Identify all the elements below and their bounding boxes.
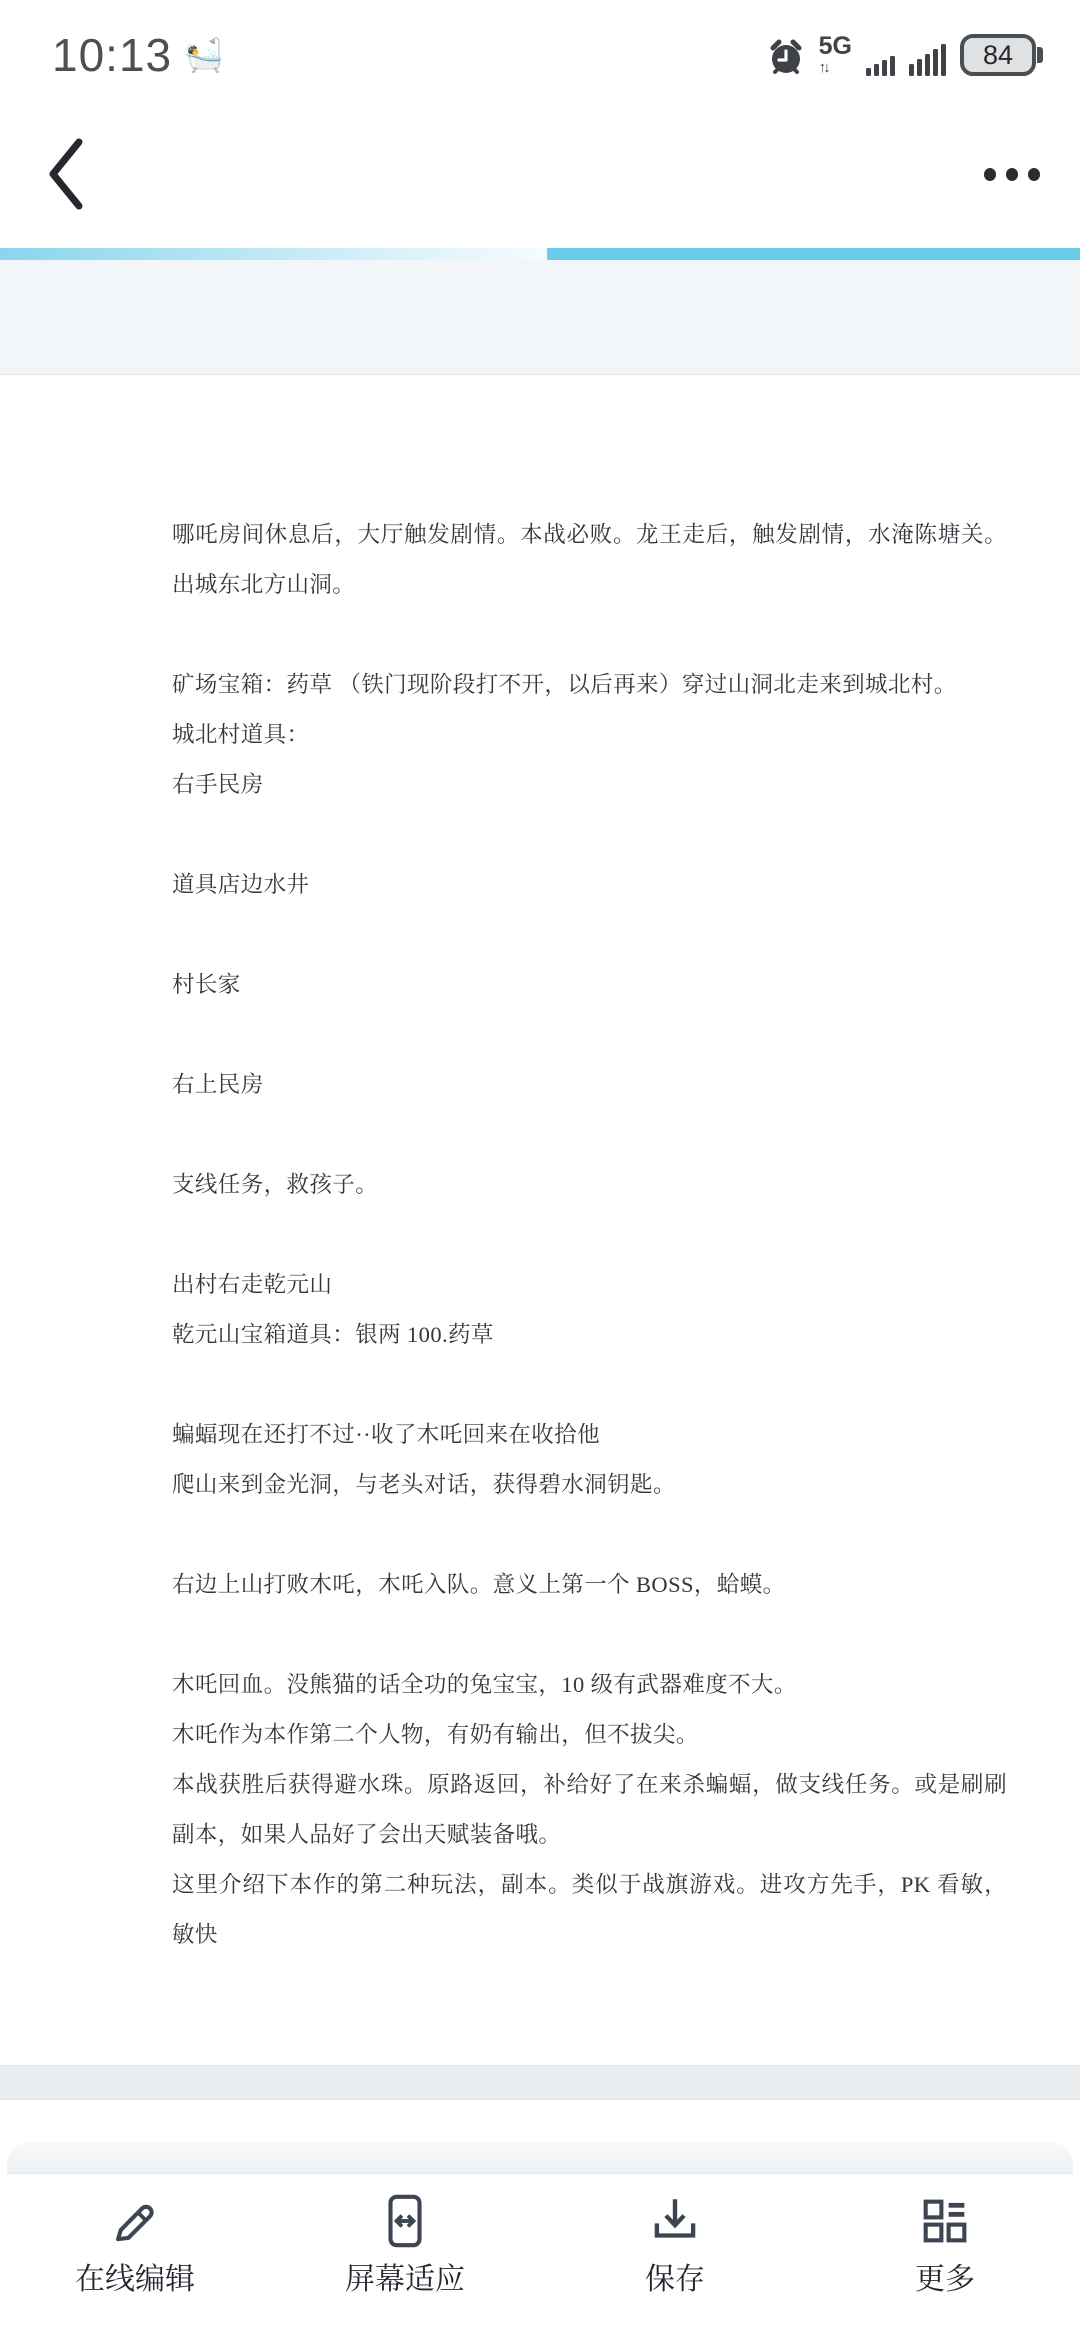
tool-label: 在线编辑: [75, 2265, 195, 2295]
doc-line: 右手民房: [172, 760, 1007, 810]
network-type-label: 5G: [819, 34, 852, 59]
status-icons: 5G ↑↓ 84: [767, 34, 1036, 76]
doc-line: 木吒作为本作第二个人物，有奶有输出，但不拔尖。: [172, 1710, 1007, 1760]
doc-line: 右上民房: [172, 1060, 1007, 1110]
more-ellipsis-icon: [984, 168, 996, 181]
tool-label: 屏幕适应: [345, 2265, 465, 2295]
signal-bars-sim2-icon: [909, 44, 946, 76]
doc-line: 出村右走乾元山: [172, 1260, 1007, 1310]
page-separator: [0, 2065, 1080, 2100]
fit-screen-button[interactable]: 屏幕适应: [270, 2175, 540, 2340]
battery-percent: 84: [983, 40, 1013, 71]
tool-label: 更多: [915, 2265, 975, 2295]
loading-progress-bar: [0, 248, 1080, 260]
doc-line: [172, 1360, 1007, 1410]
doc-line: 木吒回血。没熊猫的话全功的兔宝宝，10 级有武器难度不大。: [172, 1660, 1007, 1710]
doc-line: [172, 1510, 1007, 1560]
doc-line: 这里介绍下本作的第二种玩法，副本。类似于战旗游戏。进攻方先手，PK 看敏，敏快: [172, 1860, 1007, 1960]
more-grid-icon: [915, 2191, 975, 2251]
doc-line: [172, 810, 1007, 860]
online-edit-button[interactable]: 在线编辑: [0, 2175, 270, 2340]
doc-line: 本战获胜后获得避水珠。原路返回，补给好了在来杀蝙蝠，做支线任务。或是刷刷副本，如…: [172, 1760, 1007, 1860]
doc-line: 哪吒房间休息后，大厅触发剧情。本战必败。龙王走后，触发剧情，水淹陈塘关。出城东北…: [172, 510, 1007, 610]
pencil-icon: [105, 2191, 165, 2251]
document-page-next: [0, 2100, 1080, 2142]
status-bar: 10:13 🛀 5G ↑↓ 84: [0, 0, 1080, 100]
doc-line: 蝙蝠现在还打不过··收了木吒回来在收拾他: [172, 1410, 1007, 1460]
save-button[interactable]: 保存: [540, 2175, 810, 2340]
bottom-toolbar: 在线编辑 屏幕适应 保存: [0, 2175, 1080, 2340]
doc-line: 右边上山打败木吒，木吒入队。意义上第一个 BOSS，蛤蟆。: [172, 1560, 1007, 1610]
status-time-group: 10:13 🛀: [52, 28, 224, 82]
network-indicator: 5G ↑↓: [819, 34, 852, 75]
fit-screen-icon: [375, 2191, 435, 2251]
battery-icon: 84: [960, 34, 1036, 76]
alarm-clock-icon: [767, 38, 805, 76]
clock-time: 10:13: [52, 28, 172, 82]
doc-line: 乾元山宝箱道具：银两 100.药草: [172, 1310, 1007, 1360]
more-tools-button[interactable]: 更多: [810, 2175, 1080, 2340]
doc-line: [172, 1110, 1007, 1160]
document-page[interactable]: 哪吒房间休息后，大厅触发剧情。本战必败。龙王走后，触发剧情，水淹陈塘关。出城东北…: [0, 375, 1080, 2065]
doc-line: [172, 1010, 1007, 1060]
more-menu-button[interactable]: [982, 158, 1042, 191]
doc-line: [172, 610, 1007, 660]
doc-line: [172, 1610, 1007, 1660]
bath-emoji-icon: 🛀: [184, 39, 224, 71]
doc-line: 矿场宝箱：药草 （铁门现阶段打不开，以后再来）穿过山洞北走来到城北村。: [172, 660, 1007, 710]
signal-bars-sim1-icon: [866, 56, 895, 76]
network-activity-arrows-icon: ↑↓: [819, 60, 828, 75]
doc-line: 支线任务，救孩子。: [172, 1160, 1007, 1210]
toolbar-top-band: [7, 2142, 1073, 2174]
back-button[interactable]: [42, 135, 88, 213]
tool-label: 保存: [645, 2265, 705, 2295]
doc-line: 村长家: [172, 960, 1007, 1010]
nav-bar: [0, 100, 1080, 248]
doc-line: [172, 1210, 1007, 1260]
doc-line: 爬山来到金光洞，与老头对话，获得碧水洞钥匙。: [172, 1460, 1007, 1510]
doc-line: 道具店边水井: [172, 860, 1007, 910]
doc-line: [172, 910, 1007, 960]
back-chevron-icon: [43, 136, 87, 212]
doc-line: 城北村道具：: [172, 710, 1007, 760]
document-margin-area: [0, 260, 1080, 375]
save-download-icon: [645, 2191, 705, 2251]
